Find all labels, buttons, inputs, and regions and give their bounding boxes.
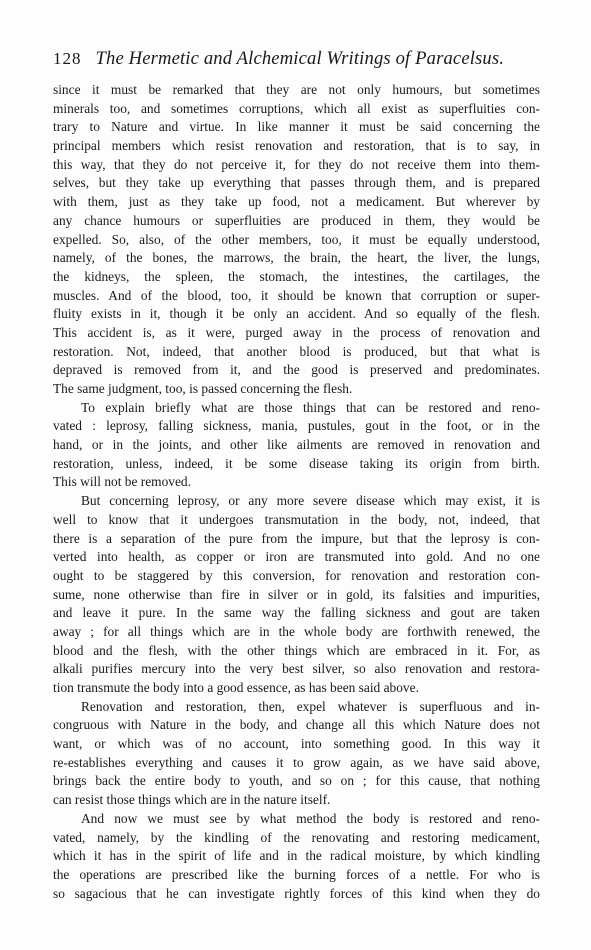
text-line: brings back the entire body to youth, an… bbox=[53, 772, 540, 791]
text-line: vated, namely, by the kindling of the re… bbox=[53, 829, 540, 848]
text-line: minerals too, and sometimes corruptions,… bbox=[53, 100, 540, 119]
text-line: selves, but they take up everything that… bbox=[53, 174, 540, 193]
text-line: restoration. Not, indeed, that another b… bbox=[53, 343, 540, 362]
text-line: with them, just as they take up food, no… bbox=[53, 193, 540, 212]
page-header: 128 The Hermetic and Alchemical Writings… bbox=[53, 48, 573, 72]
body-text: since it must be remarked that they are … bbox=[53, 81, 540, 903]
text-line: The same judgment, too, is passed concer… bbox=[53, 380, 540, 399]
text-line: re-establishes everything and causes it … bbox=[53, 754, 540, 773]
text-line: This will not be removed. bbox=[53, 473, 540, 492]
text-line: and leave it pure. In the same way the f… bbox=[53, 604, 540, 623]
text-line: verted into health, as copper or iron ar… bbox=[53, 548, 540, 567]
text-line: well to know that it undergoes transmuta… bbox=[53, 511, 540, 530]
book-page: 128 The Hermetic and Alchemical Writings… bbox=[0, 0, 591, 950]
text-line: vated : leprosy, falling sickness, mania… bbox=[53, 417, 540, 436]
text-line: congruous with Nature in the body, and c… bbox=[53, 716, 540, 735]
text-line: since it must be remarked that they are … bbox=[53, 81, 540, 100]
text-line: trary to Nature and virtue. In like mann… bbox=[53, 118, 540, 137]
text-line: blood and the flesh, with the other thin… bbox=[53, 642, 540, 661]
text-line: namely, of the bones, the marrows, the b… bbox=[53, 249, 540, 268]
text-line: this way, that they do not perceive it, … bbox=[53, 156, 540, 175]
text-line: so sagacious that he can investigate rig… bbox=[53, 885, 540, 904]
text-line: there is a separation of the pure from t… bbox=[53, 530, 540, 549]
paragraph-first-line: Renovation and restoration, then, expel … bbox=[53, 698, 540, 717]
text-line: sume, none otherwise than fire in silver… bbox=[53, 586, 540, 605]
text-line: muscles. And of the blood, too, it shoul… bbox=[53, 287, 540, 306]
text-line: fluity exists in it, though it be only a… bbox=[53, 305, 540, 324]
text-line: hand, or in the joints, and other like a… bbox=[53, 436, 540, 455]
paragraph-first-line: But concerning leprosy, or any more seve… bbox=[53, 492, 540, 511]
text-line: restoration, unless, indeed, it be some … bbox=[53, 455, 540, 474]
text-line: ought to be staggered by this conversion… bbox=[53, 567, 540, 586]
text-line: expelled. So, also, of the other members… bbox=[53, 231, 540, 250]
text-line: This accident is, as it were, purged awa… bbox=[53, 324, 540, 343]
paragraph-first-line: And now we must see by what method the b… bbox=[53, 810, 540, 829]
text-line: alkali purifies mercury into the very be… bbox=[53, 660, 540, 679]
text-line: the operations are prescribed like the b… bbox=[53, 866, 540, 885]
running-title: The Hermetic and Alchemical Writings of … bbox=[96, 48, 505, 69]
page-number: 128 bbox=[53, 49, 82, 69]
paragraph-first-line: To explain briefly what are those things… bbox=[53, 399, 540, 418]
text-line: the kidneys, the spleen, the stomach, th… bbox=[53, 268, 540, 287]
text-line: tion transmute the body into a good esse… bbox=[53, 679, 540, 698]
text-line: any chance humours or superfluities are … bbox=[53, 212, 540, 231]
text-line: away ; for all things which are in the w… bbox=[53, 623, 540, 642]
text-line: can resist those things which are in the… bbox=[53, 791, 540, 810]
text-line: which it has in the spirit of life and i… bbox=[53, 847, 540, 866]
text-line: principal members which resist renovatio… bbox=[53, 137, 540, 156]
text-line: depraved is removed from it, and the goo… bbox=[53, 361, 540, 380]
text-line: want, or which was of no account, into s… bbox=[53, 735, 540, 754]
